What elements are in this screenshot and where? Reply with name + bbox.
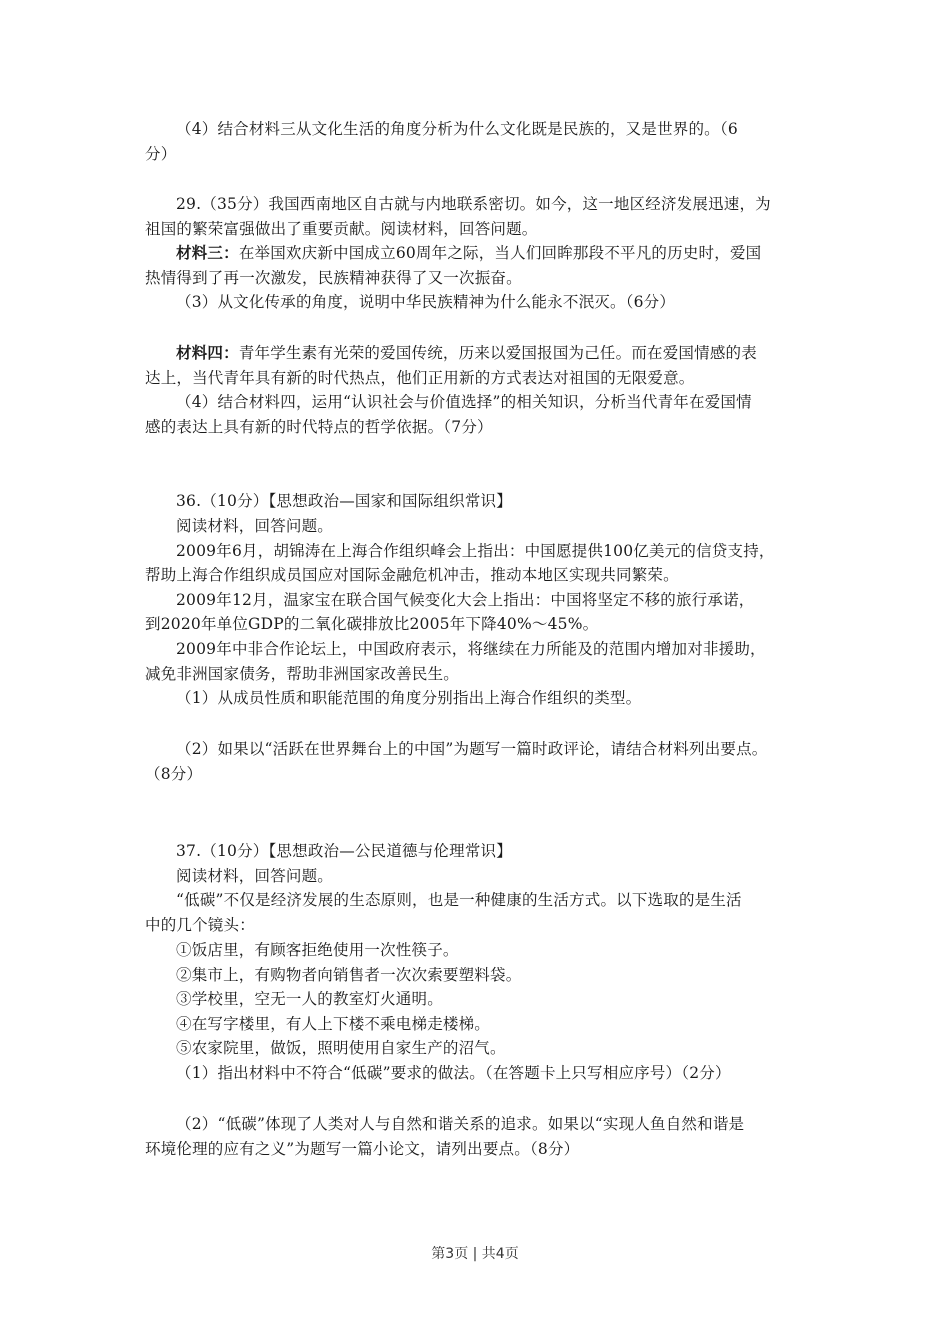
q36-title: 36.（10分）【思想政治—国家和国际组织常识】 [176, 489, 856, 513]
q37-item-4: ④在写字楼里，有人上下楼不乘电梯走楼梯。 [176, 1012, 856, 1036]
q36-question2-line1: （2）如果以“活跃在世界舞台上的中国”为题写一篇时政评论，请结合材料列出要点。 [176, 737, 856, 761]
q28-part4-line2: 分） [145, 142, 825, 166]
q36-p3-line1: 2009年中非合作论坛上，中国政府表示，将继续在力所能及的范围内增加对非援助， [176, 637, 856, 661]
q36-p1-line2: 帮助上海合作组织成员国应对国际金融危机冲击，推动本地区实现共同繁荣。 [145, 563, 825, 587]
material4-label: 材料四： [176, 343, 239, 362]
q29-intro-line1: 29.（35分）我国西南地区自古就与内地联系密切。如今，这一地区经济发展迅速，为 [176, 192, 856, 216]
q36-question2-line2: （8分） [145, 762, 825, 786]
q36-question1: （1）从成员性质和职能范围的角度分别指出上海合作组织的类型。 [176, 686, 856, 710]
q37-item-5: ⑤农家院里，做饭，照明使用自家生产的沼气。 [176, 1036, 856, 1060]
q29-material3-line1: 材料三：在举国欢庆新中国成立60周年之际，当人们回眸那段不平凡的历史时，爱国 [176, 241, 856, 265]
q29-question4-line2: 感的表达上具有新的时代特点的哲学依据。（7分） [145, 415, 825, 439]
q29-material3-line2: 热情得到了再一次激发，民族精神获得了又一次振奋。 [145, 266, 825, 290]
q37-item-1: ①饭店里，有顾客拒绝使用一次性筷子。 [176, 938, 856, 962]
q37-intro-line1: “低碳”不仅是经济发展的生态原则，也是一种健康的生活方式。以下选取的是生活 [176, 888, 856, 912]
q29-question4-line1: （4）结合材料四，运用“认识社会与价值选择”的相关知识，分析当代青年在爱国情 [176, 390, 856, 414]
q37-intro-line2: 中的几个镜头： [145, 913, 825, 937]
document-page: （4）结合材料三从文化生活的角度分析为什么文化既是民族的，又是世界的。（6 分）… [0, 0, 950, 1344]
q37-item-2: ②集市上，有购物者向销售者一次次索要塑料袋。 [176, 963, 856, 987]
q36-p3-line2: 减免非洲国家债务，帮助非洲国家改善民生。 [145, 662, 825, 686]
q36-instruction: 阅读材料，回答问题。 [176, 514, 856, 538]
q37-instruction: 阅读材料，回答问题。 [176, 864, 856, 888]
page-footer: 第3页 | 共4页 [0, 1243, 950, 1263]
q29-intro-line2: 祖国的繁荣富强做出了重要贡献。阅读材料，回答问题。 [145, 217, 825, 241]
q37-title: 37.（10分）【思想政治—公民道德与伦理常识】 [176, 839, 856, 863]
q29-material4-line1: 材料四：青年学生素有光荣的爱国传统，历来以爱国报国为己任。而在爱国情感的表 [176, 341, 856, 365]
q37-item-3: ③学校里，空无一人的教室灯火通明。 [176, 987, 856, 1011]
q29-material4-line2: 达上，当代青年具有新的时代热点，他们正用新的方式表达对祖国的无限爱意。 [145, 366, 825, 390]
q36-p1-line1: 2009年6月，胡锦涛在上海合作组织峰会上指出：中国愿提供100亿美元的信贷支持… [176, 539, 856, 563]
q36-p2-line2: 到2020年单位GDP的二氧化碳排放比2005年下降40%～45%。 [145, 612, 825, 636]
material3-text: 在举国欢庆新中国成立60周年之际，当人们回眸那段不平凡的历史时，爱国 [239, 244, 762, 262]
q36-p2-line1: 2009年12月，温家宝在联合国气候变化大会上指出：中国将坚定不移的旅行承诺， [176, 588, 856, 612]
q29-question3: （3）从文化传承的角度，说明中华民族精神为什么能永不泯灭。（6分） [176, 290, 856, 314]
q37-question2-line2: 环境伦理的应有之义”为题写一篇小论文，请列出要点。（8分） [145, 1137, 825, 1161]
q37-question1: （1）指出材料中不符合“低碳”要求的做法。（在答题卡上只写相应序号）（2分） [176, 1061, 856, 1085]
q28-part4-line1: （4）结合材料三从文化生活的角度分析为什么文化既是民族的，又是世界的。（6 [176, 117, 856, 141]
material4-text: 青年学生素有光荣的爱国传统，历来以爱国报国为己任。而在爱国情感的表 [239, 344, 757, 362]
material3-label: 材料三： [176, 243, 239, 262]
q37-question2-line1: （2）“低碳”体现了人类对人与自然和谐关系的追求。如果以“实现人鱼自然和谐是 [176, 1112, 856, 1136]
